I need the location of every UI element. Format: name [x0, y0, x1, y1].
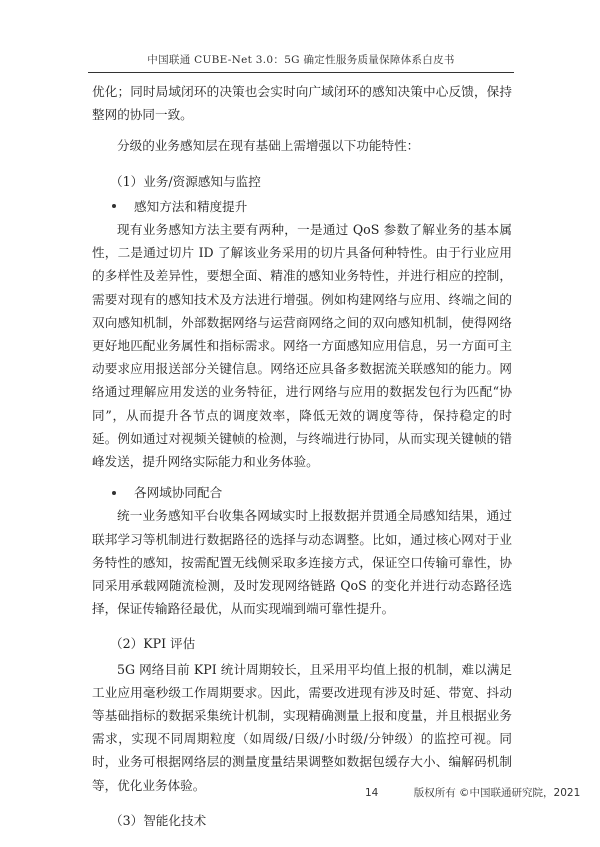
- header-divider: [88, 72, 514, 73]
- bullet-icon: [112, 204, 116, 208]
- bullet-label: 各网域协同配合: [134, 481, 222, 504]
- page-header: 中国联通 CUBE-Net 3.0：5G 确定性服务质量保障体系白皮书: [88, 52, 514, 67]
- bullet-icon: [112, 491, 116, 495]
- bullet-item-1: 感知方法和精度提升: [92, 195, 512, 218]
- page-footer: 14 版权所有 ©中国联通研究院，2021: [365, 785, 580, 800]
- bullet-2-paragraph: 统一业务感知平台收集各网域实时上报数据并贯通全局感知结果，通过联邦学习等机制进行…: [92, 504, 512, 620]
- bullet-label: 感知方法和精度提升: [134, 195, 247, 218]
- section-heading-3: （3）智能化技术: [92, 805, 512, 834]
- intro-paragraph: 分级的业务感知层在现有基础上需增强以下功能特性：: [92, 134, 512, 157]
- copyright-notice: 版权所有 ©中国联通研究院，2021: [414, 787, 581, 799]
- bullet-item-2: 各网域协同配合: [92, 481, 512, 504]
- page-number: 14: [365, 787, 378, 799]
- continuation-paragraph: 优化；同时局域闭环的决策也会实时向广域闭环的感知决策中心反馈，保持整网的协同一致…: [92, 80, 512, 126]
- section-heading-2: （2）KPI 评估: [92, 628, 512, 657]
- bullet-1-paragraph: 现有业务感知方法主要有两种，一是通过 QoS 参数了解业务的基本属性，二是通过切…: [92, 218, 512, 473]
- section-heading-1: （1）业务/资源感知与监控: [92, 166, 512, 195]
- page-content: 优化；同时局域闭环的决策也会实时向广域闭环的感知决策中心反馈，保持整网的协同一致…: [92, 80, 512, 834]
- section-2-paragraph: 5G 网络目前 KPI 统计周期较长，且采用平均值上报的机制，难以满足工业应用毫…: [92, 658, 512, 797]
